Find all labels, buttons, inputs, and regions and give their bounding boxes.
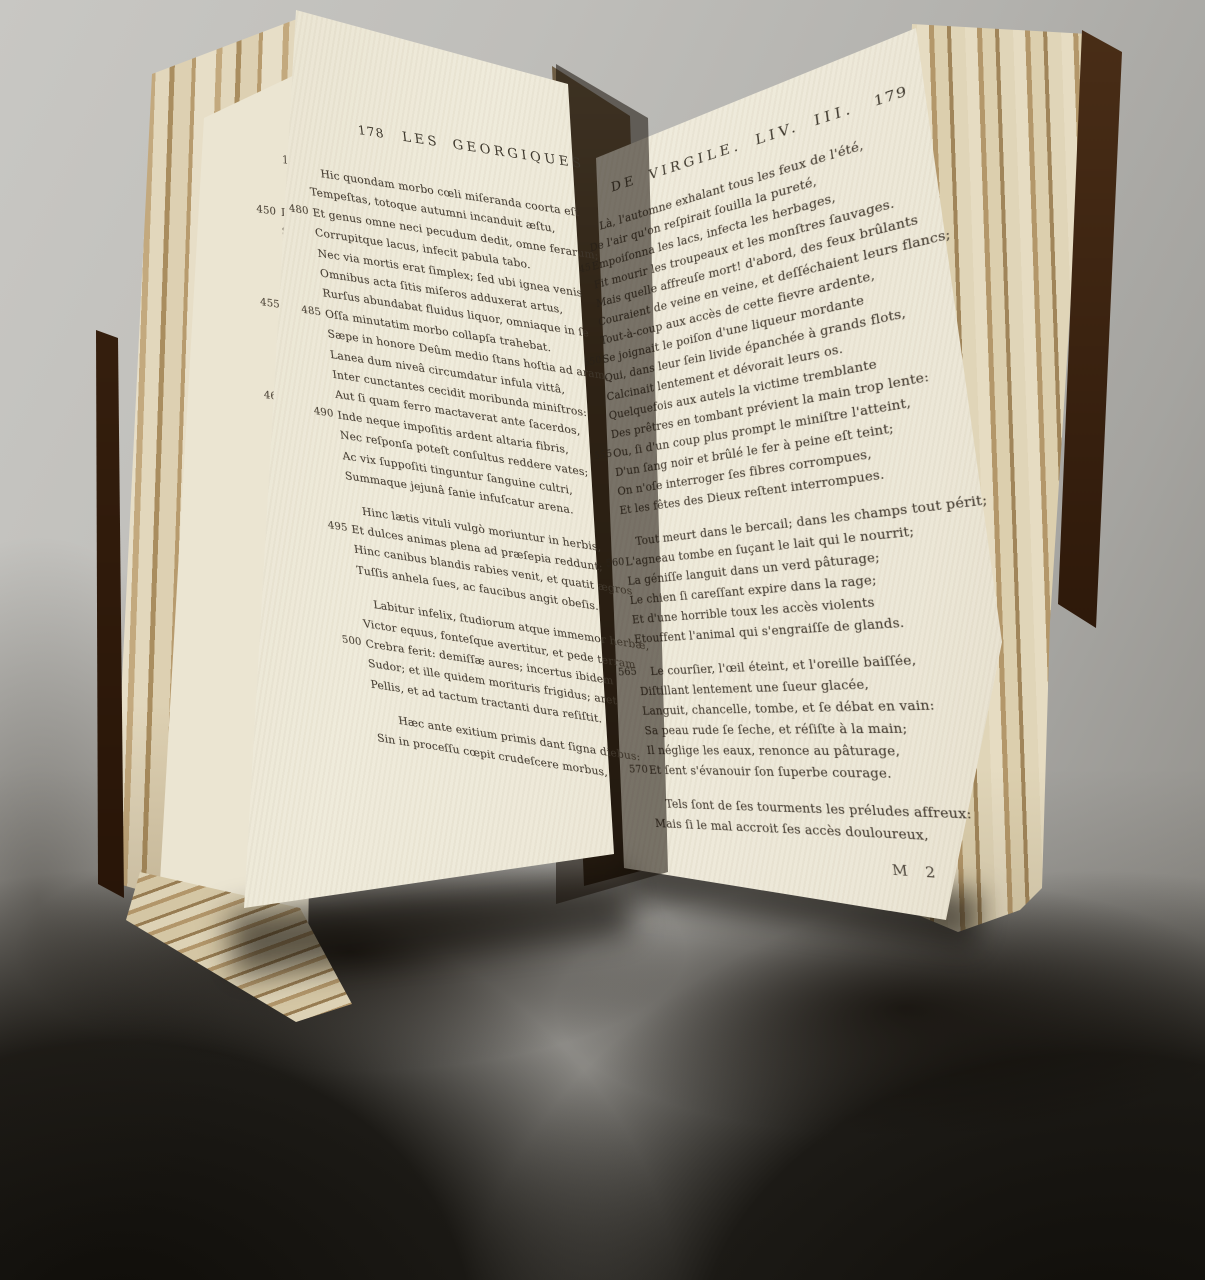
running-title: LES GEORGIQUES [401, 130, 585, 173]
line-number [300, 380, 330, 385]
line-number [322, 555, 352, 560]
line-number [313, 481, 343, 486]
line-number [326, 588, 356, 593]
line-number [298, 360, 328, 365]
line-number [295, 340, 325, 345]
page-number: 178 [357, 122, 385, 141]
book-photo-scene: 1 450IdSoNQU455DAQQP460InBQEt465ViExPaCD… [0, 0, 1205, 1280]
line-number [253, 323, 281, 327]
line-number [328, 608, 358, 613]
line-number: 495 [317, 515, 349, 540]
line-number [283, 238, 313, 243]
line-number [310, 461, 340, 466]
line-number [314, 494, 344, 499]
line-number [308, 441, 338, 446]
line-number [342, 723, 372, 728]
line-number [275, 177, 305, 182]
line-number [249, 230, 277, 234]
line-number [338, 690, 368, 695]
line-number: 485 [290, 299, 322, 324]
line-number [251, 267, 279, 271]
line-number: 500 [331, 629, 363, 654]
line-number: 490 [303, 400, 335, 425]
line-number: 480 [278, 198, 310, 223]
line-number [340, 702, 370, 707]
running-header-left: 178 LES GEORGIQUES [357, 122, 644, 181]
line-number [252, 285, 280, 289]
line-number [273, 157, 303, 162]
line-number [285, 258, 315, 263]
line-number [336, 669, 366, 674]
line-number [288, 279, 318, 284]
page-number: 179 [873, 82, 909, 110]
line-number [250, 249, 278, 253]
line-number [324, 575, 354, 580]
